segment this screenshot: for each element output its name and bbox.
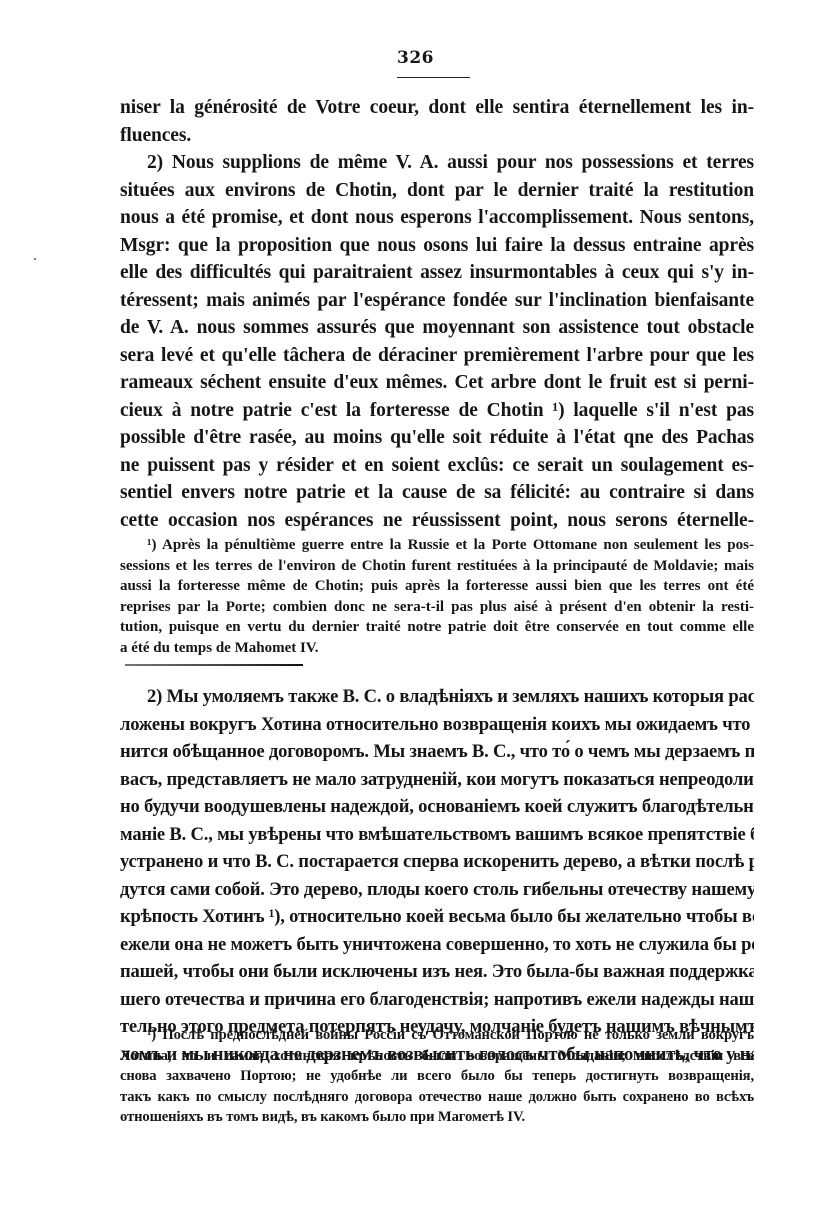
footnote-line: ¹) Après la pénultième guerre entre la R… (120, 535, 754, 556)
text-line: rameaux séchent ensuite d'eux mêmes. Cet… (120, 369, 754, 397)
footnote-line: tution, puisque en vertu du dernier trai… (120, 617, 754, 638)
text-line: niser la générosité de Votre coeur, dont… (120, 94, 754, 122)
text-line: нится обѣщанное договоромъ. Мы знаемъ В.… (120, 738, 754, 766)
page-number-underline (397, 77, 470, 78)
section-separator (125, 664, 303, 666)
text-line: ежели она не можетъ быть уничтожена сове… (120, 931, 754, 959)
text-line: маніе В. С., мы увѣрены что вмѣшательств… (120, 821, 754, 849)
text-line: situées aux environs de Chotin, dont par… (120, 177, 754, 205)
text-line: но будучи воодушевлены надеждой, основан… (120, 793, 754, 821)
russian-main-text: 2) Мы умоляемъ также В. С. о владѣніяхъ … (120, 683, 754, 1068)
footnote-line: sessions et les terres de l'environ de C… (120, 556, 754, 577)
french-main-text: niser la générosité de Votre coeur, dont… (120, 94, 754, 534)
text-line: fluences. (120, 122, 754, 150)
footnote-line: ¹) Послѣ предпослѣдней войны Россіи съ О… (120, 1025, 754, 1046)
footnote-line: reprises par la Porte; combien donc ne s… (120, 597, 754, 618)
footnote-line: a été du temps de Mahomet IV. (120, 638, 754, 659)
text-line: sentiel envers notre patrie et la cause … (120, 479, 754, 507)
margin-speck (34, 258, 36, 260)
footnote-line: такъ какъ по смыслу послѣдняго договора … (120, 1087, 754, 1108)
text-line: possible d'être rasée, au moins qu'elle … (120, 424, 754, 452)
text-line: шего отечества и причина его благоденств… (120, 986, 754, 1014)
russian-footnote: ¹) Послѣ предпослѣдней войны Россіи съ О… (120, 1025, 754, 1128)
footnote-line: снова захвачено Портою; не удобнѣе ли вс… (120, 1066, 754, 1087)
text-line: sera levé et qu'elle tâchera de déracine… (120, 342, 754, 370)
french-footnote: ¹) Après la pénultième guerre entre la R… (120, 535, 754, 658)
text-line: nous a été promise, et dont nous esperon… (120, 204, 754, 232)
text-line: васъ, представляетъ не мало затрудненій,… (120, 766, 754, 794)
text-line: пашей, чтобы они были исключены изъ нея.… (120, 958, 754, 986)
text-line: de V. A. nous sommes assurés que moyenna… (120, 314, 754, 342)
footnote-line: aussi la forteresse même de Chotin; puis… (120, 576, 754, 597)
text-line: крѣпость Хотинъ ¹), относительно коей ве… (120, 903, 754, 931)
page-number: 326 (0, 48, 831, 68)
text-line: дутся сами собой. Это дерево, плоды коег… (120, 876, 754, 904)
text-line: ne puissent pas y résider et en soient e… (120, 452, 754, 480)
text-line: 2) Мы умоляемъ также В. С. о владѣніяхъ … (120, 683, 754, 711)
footnote-line: отношеніяхъ въ томъ видѣ, въ какомъ было… (120, 1107, 754, 1128)
text-line: устранено и что В. С. постарается сперва… (120, 848, 754, 876)
text-line: elle des difficultés qui paraitraient as… (120, 259, 754, 287)
footnote-line: Хотина, но и самая хотинская крѣпость бы… (120, 1046, 754, 1067)
text-line: Msgr: que la proposition que nous osons … (120, 232, 754, 260)
text-line: cieux à notre patrie c'est la forteresse… (120, 397, 754, 425)
text-line: ложены вокругъ Хотина относительно возвр… (120, 711, 754, 739)
text-line: 2) Nous supplions de même V. A. aussi po… (120, 149, 754, 177)
text-line: cette occasion nos espérances ne réussis… (120, 507, 754, 535)
text-line: téressent; mais animés par l'espérance f… (120, 287, 754, 315)
